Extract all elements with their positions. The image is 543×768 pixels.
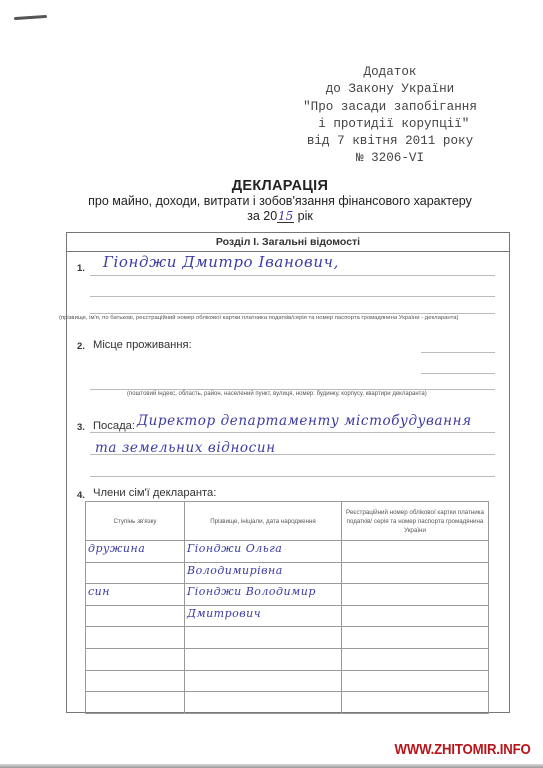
column-header-registration: Реєстраційний номер облікової картки пла…: [342, 502, 489, 541]
cell-registration: [342, 648, 489, 670]
year-handwritten: 15: [277, 210, 294, 223]
position-line-3: [90, 476, 495, 477]
appendix-line: Додаток: [290, 64, 490, 81]
cell-name: Дмитрович: [185, 605, 342, 627]
table-header-row: Ступінь зв'язку Прізвище, ініціали, дата…: [86, 502, 489, 541]
position-handwritten-line-1: Директор департаменту містобудування: [137, 413, 472, 429]
table-row: дружинаГіонджи Ольга: [86, 541, 489, 563]
cell-name: Володимирівна: [185, 562, 342, 584]
item-1-caption: (прізвище, ім'я, по батькові, реєстрацій…: [59, 315, 459, 321]
table-row: [86, 692, 489, 714]
section-heading: Розділ І. Загальні відомості: [67, 233, 509, 252]
cell-name: [185, 627, 342, 649]
residence-line-3: [90, 389, 495, 390]
cell-relation: дружина: [86, 541, 185, 563]
residence-label: Місце проживання:: [93, 339, 192, 351]
cell-name-handwritten: Володимирівна: [187, 564, 283, 577]
name-line-3: [90, 313, 495, 314]
family-members-label: Члени сім'ї декларанта:: [93, 487, 216, 499]
column-header-name: Прізвище, ініціали, дата народження: [185, 502, 342, 541]
section-general-info: Розділ І. Загальні відомості 1. Гіонджи …: [66, 232, 510, 713]
item-2-number: 2.: [77, 341, 85, 352]
cell-relation: син: [86, 584, 185, 606]
cell-name: [185, 692, 342, 714]
cell-registration: [342, 562, 489, 584]
residence-line-1: [421, 352, 495, 353]
declarant-name-handwritten: Гіонджи Дмитро Іванович,: [103, 253, 339, 271]
cell-relation: [86, 627, 185, 649]
cell-relation-handwritten: дружина: [88, 542, 145, 555]
cell-registration: [342, 692, 489, 714]
cell-relation: [86, 605, 185, 627]
cell-registration: [342, 670, 489, 692]
declaration-title-block: ДЕКЛАРАЦІЯ про майно, доходи, витрати і …: [60, 178, 500, 224]
name-line-2: [90, 296, 495, 297]
table-row: Дмитрович: [86, 605, 489, 627]
scan-artifact-mark: [14, 15, 47, 20]
table-row: Володимирівна: [86, 562, 489, 584]
family-members-table: Ступінь зв'язку Прізвище, ініціали, дата…: [85, 501, 489, 714]
cell-name: Гіонджи Ольга: [185, 541, 342, 563]
table-row: синГіонджи Володимир: [86, 584, 489, 606]
table-row: [86, 648, 489, 670]
cell-name: Гіонджи Володимир: [185, 584, 342, 606]
table-row: [86, 670, 489, 692]
year-prefix: за 20: [247, 209, 277, 223]
name-line-1: [90, 275, 495, 276]
cell-registration: [342, 541, 489, 563]
cell-name-handwritten: Дмитрович: [187, 607, 261, 620]
cell-relation-handwritten: син: [88, 585, 110, 598]
cell-relation: [86, 562, 185, 584]
cell-relation: [86, 692, 185, 714]
item-2-caption: (поштовий індекс, область, район, населе…: [127, 391, 427, 397]
scan-bottom-edge: [0, 764, 543, 768]
appendix-reference: Додаток до Закону України "Про засади за…: [290, 64, 490, 168]
cell-relation: [86, 670, 185, 692]
position-line-2: [90, 454, 495, 455]
declaration-year: за 2015 рік: [60, 209, 500, 224]
cell-name: [185, 648, 342, 670]
appendix-line: від 7 квітня 2011 року: [290, 133, 490, 150]
document-title: ДЕКЛАРАЦІЯ: [60, 178, 500, 194]
appendix-line: і протидії корупції": [290, 116, 490, 133]
item-1-number: 1.: [77, 263, 85, 274]
position-line-1: [90, 432, 495, 433]
cell-name-handwritten: Гіонджи Ольга: [187, 542, 282, 555]
appendix-line: "Про засади запобігання: [290, 99, 490, 116]
position-label: Посада:: [93, 420, 135, 432]
column-header-relation: Ступінь зв'язку: [86, 502, 185, 541]
appendix-line: № 3206-VI: [290, 150, 490, 167]
cell-name-handwritten: Гіонджи Володимир: [187, 585, 316, 598]
appendix-line: до Закону України: [290, 81, 490, 98]
cell-name: [185, 670, 342, 692]
document-subtitle: про майно, доходи, витрати і зобов'язанн…: [60, 194, 500, 209]
cell-registration: [342, 584, 489, 606]
residence-line-2: [421, 373, 495, 374]
cell-registration: [342, 627, 489, 649]
year-suffix: рік: [298, 209, 313, 223]
site-watermark: WWW.ZHITOMIR.INFO: [395, 741, 531, 758]
item-3-number: 3.: [77, 422, 85, 433]
item-4-number: 4.: [77, 490, 85, 501]
table-row: [86, 627, 489, 649]
cell-relation: [86, 648, 185, 670]
cell-registration: [342, 605, 489, 627]
